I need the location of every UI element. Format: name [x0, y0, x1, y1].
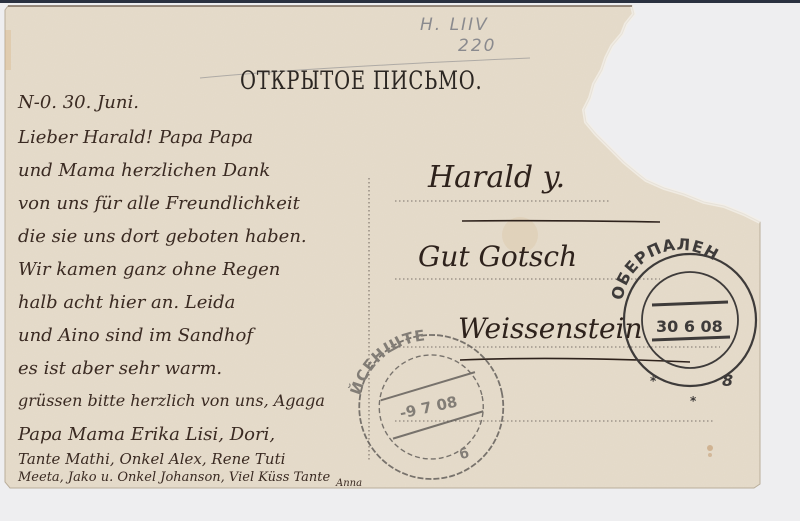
svg-text:*: * — [690, 394, 697, 408]
message-line: halb acht hier an. Leida — [18, 292, 235, 313]
address-name: Harald y. — [428, 160, 565, 195]
message-line: Papa Mama Erika Lisi, Dori, — [18, 424, 275, 445]
archive-mark: H. LIIV — [420, 15, 489, 35]
message-line: und Mama herzlichen Dank — [18, 160, 270, 181]
message-line: Wir kamen ganz ohne Regen — [18, 259, 280, 280]
svg-text:8: 8 — [722, 371, 733, 390]
signature: Anna — [336, 478, 362, 489]
postcard-title: ОТКРЫТОЕ ПИСЬМО. — [240, 66, 482, 95]
address-estate: Gut Gotsch — [418, 240, 577, 273]
message-header: N-0. 30. Juni. — [18, 92, 139, 113]
message-line: es ist aber sehr warm. — [18, 358, 222, 379]
message-line: grüssen bitte herzlich von uns, Agaga — [18, 391, 325, 410]
message-line: Lieber Harald! Papa Papa — [18, 127, 253, 148]
message-line: die sie uns dort geboten haben. — [18, 226, 307, 247]
message-line: von uns für alle Freundlichkeit — [18, 193, 300, 214]
svg-text:30 6 08: 30 6 08 — [656, 317, 723, 336]
archive-number: 220 — [458, 36, 496, 56]
message-line: und Aino sind im Sandhof — [18, 325, 253, 346]
message-line: Meeta, Jako u. Onkel Johanson, Viel Küss… — [18, 470, 330, 485]
address-town: Weissenstein — [458, 312, 643, 345]
svg-text:*: * — [650, 374, 657, 388]
message-line: Tante Mathi, Onkel Alex, Rene Tuti — [18, 450, 285, 468]
